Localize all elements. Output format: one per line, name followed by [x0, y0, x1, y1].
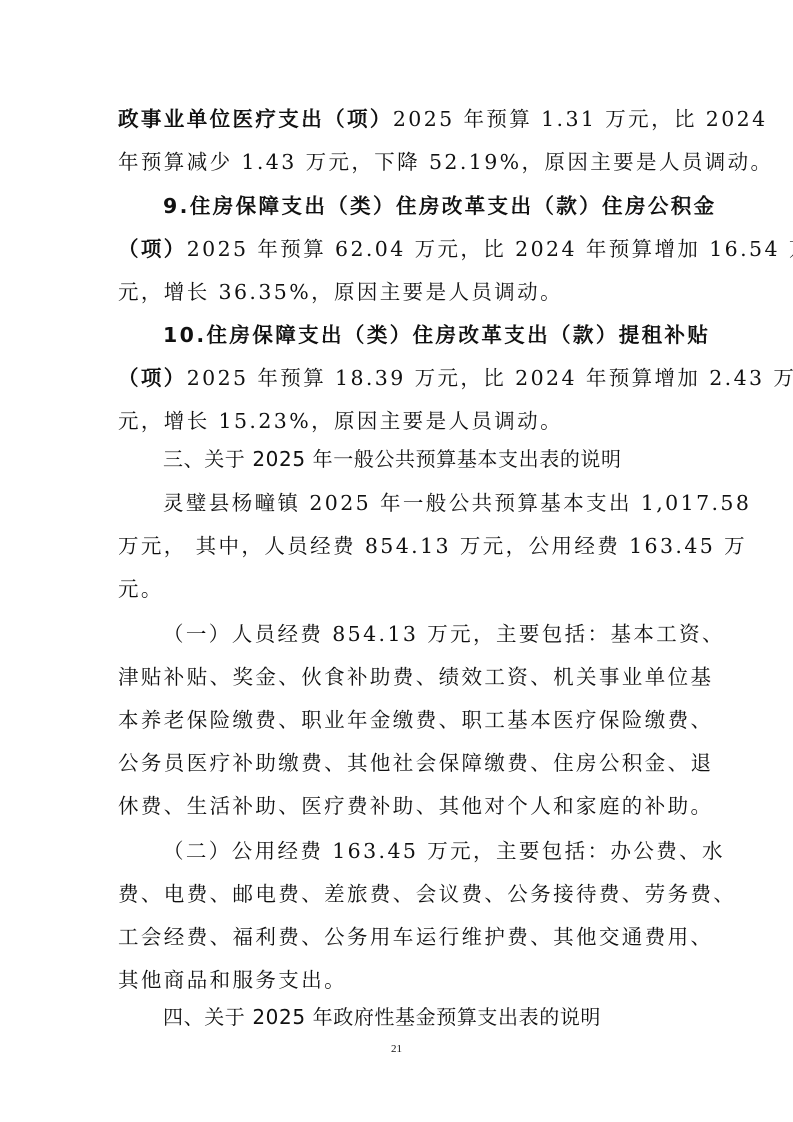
page-number: 21	[0, 1043, 793, 1055]
item-title: 9.住房保障支出（类）住房改革支出（款）住房公积金	[163, 189, 717, 219]
paragraph-line: （项）2025 年预算 18.39 万元，比 2024 年预算增加 2.43 万	[118, 361, 793, 391]
item-text: 2025 年预算 62.04 万元，比 2024 年预算增加 16.54 万	[187, 237, 793, 261]
paragraph-line: 元。	[118, 572, 164, 602]
item-title: 政事业单位医疗支出（项）	[118, 107, 393, 131]
paragraph-line: （一）人员经费 854.13 万元，主要包括：基本工资、	[163, 617, 725, 647]
paragraph-line: 公务员医疗补助缴费、其他社会保障缴费、住房公积金、退	[118, 746, 713, 776]
paragraph-line: 津贴补贴、奖金、伙食补助费、绩效工资、机关事业单位基	[118, 660, 713, 690]
item-title: 10.住房保障支出（类）住房改革支出（款）提租补贴	[163, 318, 710, 348]
paragraph-line: 工会经费、福利费、公务用车运行维护费、其他交通费用、	[118, 920, 713, 950]
paragraph-line: 其他商品和服务支出。	[118, 963, 347, 993]
section-heading: 四、关于 2025 年政府性基金预算支出表的说明	[163, 1001, 601, 1030]
item-title-text: 9.住房保障支出（类）住房改革支出（款）住房公积金	[163, 194, 717, 218]
paragraph-line: 本养老保险缴费、职业年金缴费、职工基本医疗保险缴费、	[118, 703, 713, 733]
section-heading: 三、关于 2025 年一般公共预算基本支出表的说明	[163, 443, 622, 472]
item-title-text: 10.住房保障支出（类）住房改革支出（款）提租补贴	[163, 323, 710, 347]
paragraph-line: （二）公用经费 163.45 万元，主要包括：办公费、水	[163, 834, 725, 864]
item-title: （项）	[118, 366, 187, 390]
paragraph-line: （项）2025 年预算 62.04 万元，比 2024 年预算增加 16.54 …	[118, 232, 793, 262]
item-title: （项）	[118, 237, 187, 261]
paragraph-line: 万元， 其中，人员经费 854.13 万元，公用经费 163.45 万	[118, 529, 747, 559]
paragraph-line: 灵璧县杨疃镇 2025 年一般公共预算基本支出 1,017.58	[163, 486, 751, 516]
paragraph-line: 元，增长 15.23%，原因主要是人员调动。	[118, 404, 563, 434]
paragraph-line: 休费、生活补助、医疗费补助、其他对个人和家庭的补助。	[118, 789, 713, 819]
paragraph-line: 元，增长 36.35%，原因主要是人员调动。	[118, 275, 563, 305]
item-text: 2025 年预算 1.31 万元，比 2024	[393, 107, 768, 131]
paragraph-line: 政事业单位医疗支出（项）2025 年预算 1.31 万元，比 2024	[118, 102, 768, 132]
item-text: 2025 年预算 18.39 万元，比 2024 年预算增加 2.43 万	[187, 366, 793, 390]
paragraph-line: 年预算减少 1.43 万元，下降 52.19%，原因主要是人员调动。	[118, 145, 773, 175]
paragraph-line: 费、电费、邮电费、差旅费、会议费、公务接待费、劳务费、	[118, 877, 736, 907]
